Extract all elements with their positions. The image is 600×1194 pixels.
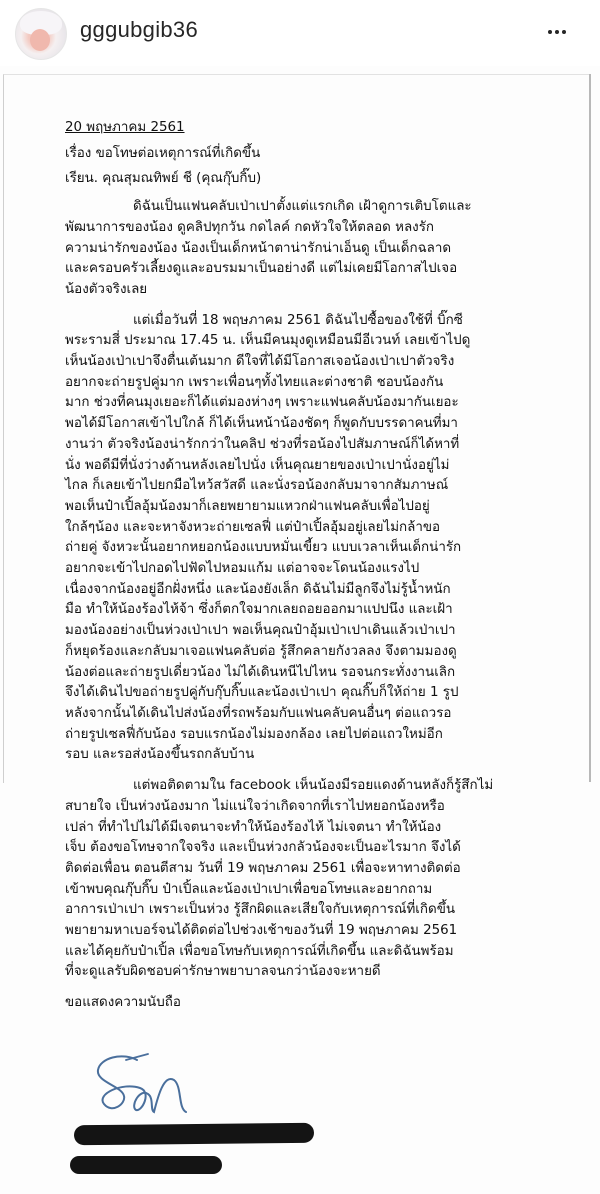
- more-options-button[interactable]: [542, 22, 572, 42]
- letter-line: พัฒนาการของน้อง ดูคลิปทุกวัน กดไลค์ กดหั…: [65, 218, 540, 239]
- letter-line: พอได้มีโอกาสเข้าไปใกล้ ก็ได้เห็นหน้าน้อง…: [65, 414, 540, 435]
- username-link[interactable]: gggubgib36: [80, 17, 198, 43]
- letter-line: แต่เมื่อวันที่ 18 พฤษภาคม 2561 ดิฉันไปซื…: [65, 311, 540, 332]
- letter-line: น้องต่อและถ่ายรูปเดี่ยวน้อง ไม่ได้เดินหน…: [65, 663, 540, 684]
- avatar[interactable]: [15, 8, 67, 60]
- letter-line: นั่ง พอดีมีที่นั่งว่างด้านหลังเลยไปนั่ง …: [65, 456, 540, 477]
- letter-line: น้องตัวจริงเลย: [65, 280, 540, 301]
- avatar-face: [30, 29, 50, 51]
- letter-paragraph-2: แต่เมื่อวันที่ 18 พฤษภาคม 2561 ดิฉันไปซื…: [65, 311, 540, 766]
- post-image[interactable]: 20 พฤษภาคม 2561 เรื่อง ขอโทษต่อเหตุการณ์…: [0, 66, 600, 1194]
- letter-paragraph-1: ดิฉันเป็นแฟนคลับเป่าเปาตั้งแต่แรกเกิด เฝ…: [65, 197, 540, 301]
- document-page-edge: [589, 74, 591, 782]
- letter-line: ถ่ายรูปเซลฟี่กับน้อง รอบแรกน้องไม่มองกล้…: [65, 725, 540, 746]
- letter-line: เปล่า ที่ทำไปไม่ได้มีเจตนาจะทำให้น้องร้อ…: [65, 818, 540, 839]
- letter-line: หลังจากนั้นได้เดินไปส่งน้องที่รถพร้อมกับ…: [65, 704, 540, 725]
- letter-line: อยากจะเข้าไปกอดไปฟัดไปหอมแก้ม แต่อาจจะโด…: [65, 559, 540, 580]
- letter-paragraph-3: แต่พอติดตามใน facebook เห็นน้องมีรอยแดงด…: [65, 776, 540, 983]
- letter-line: มาก ช่วงที่คนมุงเยอะก็ได้แต่มองห่างๆ เพร…: [65, 393, 540, 414]
- redaction-mark: [74, 1123, 314, 1146]
- letter-line: ก็หยุดร้องและกลับมาเจอแฟนคลับต่อ รู้สึกค…: [65, 642, 540, 663]
- handwritten-signature: [92, 1052, 212, 1122]
- letter-line: เนื่องจากน้องอยู่อีกฝั่งหนึ่ง และน้องยัง…: [65, 580, 540, 601]
- more-horizontal-icon-dot: [562, 30, 566, 34]
- letter-line: เจ็บ ต้องขอโทษจากใจจริง และเป็นห่วงกลัวน…: [65, 838, 540, 859]
- letter-line: จึงได้เดินไปขอถ่ายรูปคู่กับกุ๊บกิ๊บและน้…: [65, 683, 540, 704]
- signature-icon: [92, 1052, 212, 1118]
- letter-line: มือ ทำให้น้องร้องไห้จ้า ซึ่งก็ตกใจมากเลย…: [65, 600, 540, 621]
- letter-line: ความน่ารักของน้อง น้องเป็นเด็กหน้าตาน่าร…: [65, 239, 540, 260]
- letter-line: อยากจะถ่ายรูปคู่มาก เพราะเพื่อนๆทั้งไทยแ…: [65, 373, 540, 394]
- letter-subject: เรื่อง ขอโทษต่อเหตุการณ์ที่เกิดขึ้น: [65, 144, 540, 165]
- letter-line: ไกล ก็เลยเข้าไปยกมือไหว้สวัสดี และนั่งรอ…: [65, 476, 540, 497]
- letter-line: งานว่า ตัวจริงน้องน่ารักกว่าในคลิป ช่วงท…: [65, 435, 540, 456]
- letter-line: เห็นน้องเป่าเปาจึงตื่นเต้นมาก ดีใจที่ได้…: [65, 352, 540, 373]
- post-header: gggubgib36: [0, 0, 600, 66]
- letter-line: ดิฉันเป็นแฟนคลับเป่าเปาตั้งแต่แรกเกิด เฝ…: [65, 197, 540, 218]
- letter-line: แต่พอติดตามใน facebook เห็นน้องมีรอยแดงด…: [65, 776, 540, 797]
- letter-line: สบายใจ เป็นห่วงน้องมาก ไม่แน่ใจว่าเกิดจา…: [65, 797, 540, 818]
- letter-salutation: เรียน. คุณสุมณทิพย์ ชี (คุณกุ๊บกิ๊บ): [65, 169, 540, 190]
- letter-line: และครอบครัวเลี้ยงดูและอบรมมาเป็นอย่างดี …: [65, 259, 540, 280]
- letter-line: มองน้องอย่างเป็นห่วงเป่าเปา พอเห็นคุณป๋า…: [65, 621, 540, 642]
- letter-line: พระรามสี่ ประมาณ 17.45 น. เห็นมีคนมุงดูเ…: [65, 331, 540, 352]
- letter-line: พอเห็นป๋าเปิ้ลอุ้มน้องมาก็เลยพยายามแหวกฝ…: [65, 497, 540, 518]
- letter-line: ใกล้ๆน้อง และจะหาจังหวะถ่ายเซลฟี่ แต่ป๋า…: [65, 518, 540, 539]
- letter-line: ที่จะดูแลรับผิดชอบค่ารักษาพยาบาลจนกว่าน้…: [65, 962, 540, 983]
- letter-line: ถ่ายคู่ จังหวะนั้นอยากหยอกน้องแบบหมั่นเข…: [65, 538, 540, 559]
- letter-line: และได้คุยกับป๋าเปิ้ล เพื่อขอโทษกับเหตุกา…: [65, 942, 540, 963]
- letter-line: พยายามหาเบอร์จนได้ติดต่อไปช่วงเช้าของวัน…: [65, 921, 540, 942]
- letter-line: เข้าพบคุณกุ๊บกิ๊บ ป๋าเปิ้ลและน้องเป่าเปา…: [65, 880, 540, 901]
- more-horizontal-icon: [548, 30, 552, 34]
- letter-date: 20 พฤษภาคม 2561: [65, 118, 540, 139]
- letter-line: อาการเป่าเปา เพราะเป็นห่วง รู้สึกผิดและเ…: [65, 900, 540, 921]
- more-horizontal-icon-dot: [555, 30, 559, 34]
- letter-line: รอบ และรอส่งน้องขึ้นรถกลับบ้าน: [65, 745, 540, 766]
- letter-line: ติดต่อเพื่อน ตอนตีสาม วันที่ 19 พฤษภาคม …: [65, 859, 540, 880]
- apology-letter: 20 พฤษภาคม 2561 เรื่อง ขอโทษต่อเหตุการณ์…: [65, 118, 540, 1014]
- redaction-mark: [70, 1156, 222, 1174]
- letter-closing: ขอแสดงความนับถือ: [65, 993, 540, 1014]
